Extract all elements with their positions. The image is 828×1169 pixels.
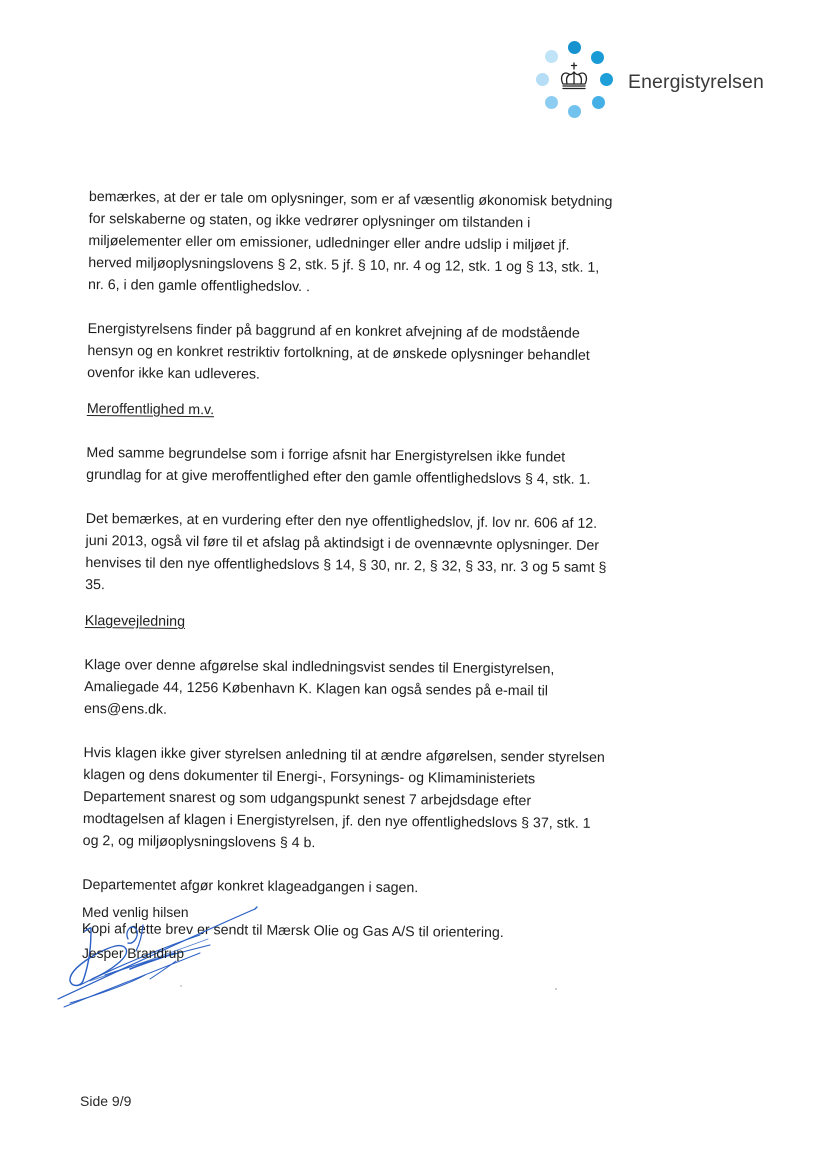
brand-name: Energistyrelsen xyxy=(628,71,764,94)
page-number: Side 9/9 xyxy=(80,1093,131,1109)
logo-dot-icon xyxy=(568,105,581,118)
section-heading-klagevejledning: Klagevejledning xyxy=(85,610,625,637)
section-heading-meroffentlighed: Meroffentlighed m.v. xyxy=(87,398,627,425)
logo-dot-icon xyxy=(568,41,581,54)
logo-dot-icon xyxy=(591,51,604,64)
letter-body: bemærkes, at der er tale om oplysninger,… xyxy=(82,186,629,967)
energistyrelsen-logo: Energistyrelsen xyxy=(534,40,774,122)
paragraph-klage-2: Hvis klagen ikke giver styrelsen anledni… xyxy=(83,742,624,857)
paragraph-meroffentlighed-1: Med samme begrundelse som i forrige afsn… xyxy=(86,442,626,491)
logo-dot-icon xyxy=(545,96,558,109)
crown-icon xyxy=(558,62,590,94)
scan-artifact xyxy=(180,985,182,987)
logo-dot-icon xyxy=(592,96,605,109)
paragraph-confidentiality: bemærkes, at der er tale om oplysninger,… xyxy=(88,186,629,301)
document-page: Energistyrelsen bemærkes, at der er tale… xyxy=(0,0,828,1169)
paragraph-klage-1: Klage over denne afgørelse skal indledni… xyxy=(84,654,625,725)
paragraph-conclusion: Energistyrelsens finder på baggrund af e… xyxy=(87,318,628,389)
paragraph-klage-3: Departementet afgør konkret klageadgange… xyxy=(82,874,622,901)
logo-dot-icon xyxy=(600,73,613,86)
text-line: Departementet afgør konkret klageadgange… xyxy=(82,874,622,901)
text-line: grundlag for at give meroffentlighed eft… xyxy=(86,464,626,491)
scan-artifact xyxy=(555,988,557,990)
closing-salutation: Med venlig hilsen xyxy=(82,903,189,923)
paragraph-meroffentlighed-2: Det bemærkes, at en vurdering efter den … xyxy=(85,508,626,601)
logo-dot-icon xyxy=(536,73,549,86)
logo-dot-icon xyxy=(545,50,558,63)
signer-name: Jesper Brandrup xyxy=(82,944,184,964)
